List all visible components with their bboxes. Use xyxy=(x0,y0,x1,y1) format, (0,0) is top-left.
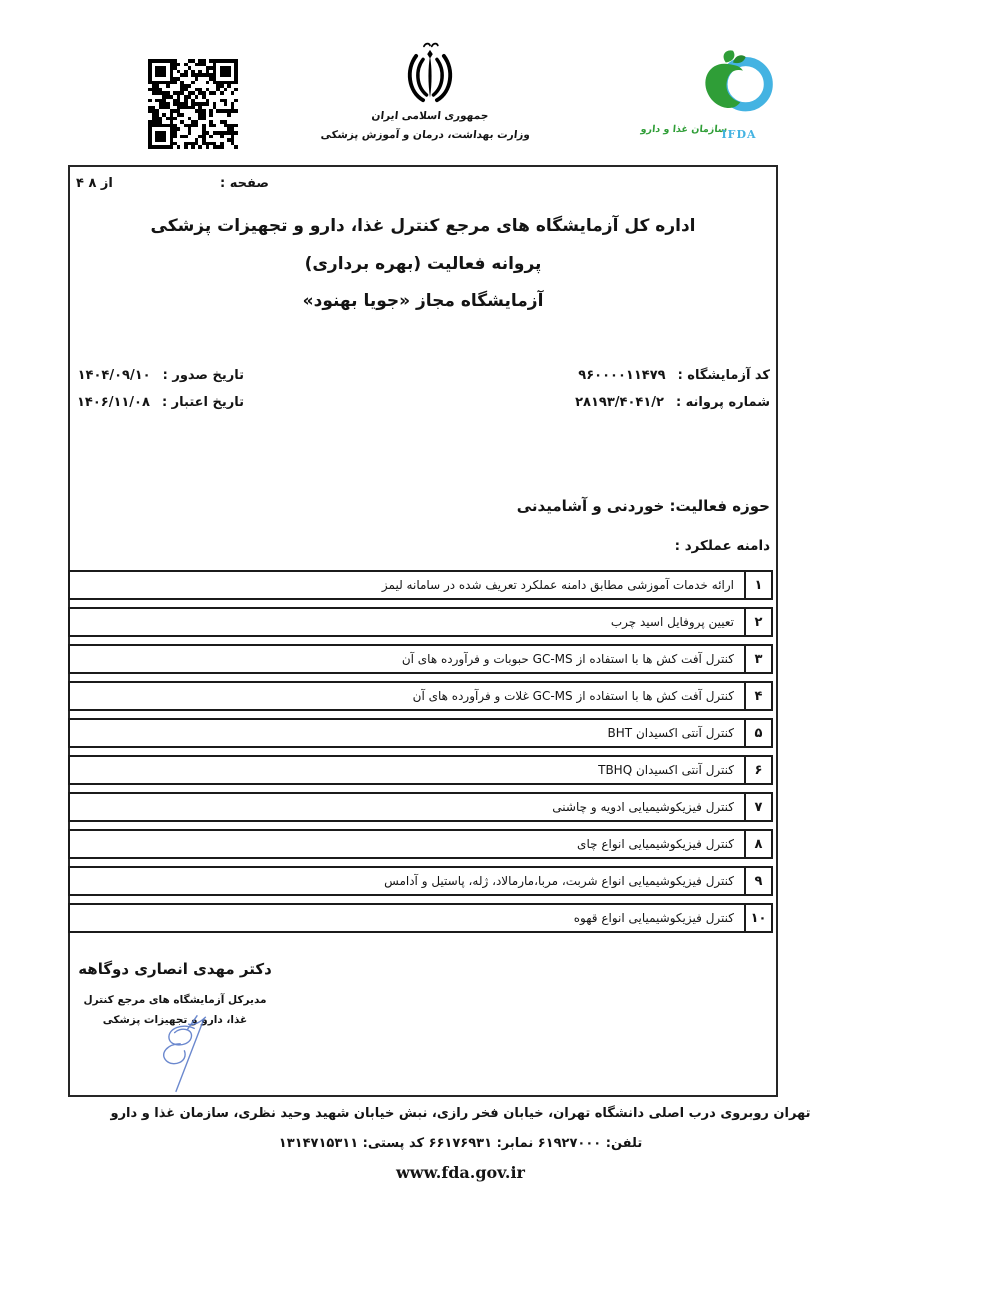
scope-row: ۵کنترل آنتی اکسیدان BHT xyxy=(68,718,773,748)
scope-row-number: ۲ xyxy=(744,609,771,635)
signer-name: دکتر مهدی انصاری دوگاهه xyxy=(70,960,280,978)
ministry-name-line1: جمهوری اسلامی ایران xyxy=(354,110,505,122)
scope-row: ۱۰کنترل فیزیکوشیمیایی انواع قهوه xyxy=(68,903,773,933)
scope-row-text: کنترل آفت کش ها با استفاده از GC-MS غلات… xyxy=(70,683,744,709)
scope-row: ۲تعیین پروفایل اسید چرب xyxy=(68,607,773,637)
scope-row-text: کنترل آنتی اکسیدان TBHQ xyxy=(70,757,744,783)
scope-row-text: کنترل آنتی اکسیدان BHT xyxy=(70,720,744,746)
scope-row-text: تعیین پروفایل اسید چرب xyxy=(70,609,744,635)
scope-row-text: ارائه خدمات آموزشی مطابق دامنه عملکرد تع… xyxy=(70,572,744,598)
scope-row-text: کنترل فیزیکوشیمیایی انواع قهوه xyxy=(70,905,744,931)
scope-section-label: دامنه عملکرد : xyxy=(675,538,770,554)
scope-row: ۸کنترل فیزیکوشیمیایی انواع چای xyxy=(68,829,773,859)
expiry-date-label: تاریخ اعتبار : xyxy=(162,395,244,410)
qr-code xyxy=(148,59,238,149)
scope-row-number: ۶ xyxy=(744,757,771,783)
license-body-frame: صفحه : ۴ از ۸ اداره کل آزمایشگاه های مرج… xyxy=(68,165,778,1097)
signer-title-line1: مدیرکل آزمایشگاه های مرجع کنترل xyxy=(70,994,280,1006)
scope-row-text: کنترل آفت کش ها با استفاده از GC-MS حبوب… xyxy=(70,646,744,672)
license-document-page: جمهوری اسلامی ایران وزارت بهداشت، درمان … xyxy=(0,0,1000,1294)
issue-date: تاریخ صدور :۱۴۰۴/۰۹/۱۰ xyxy=(76,362,244,389)
scope-row-number: ۳ xyxy=(744,646,771,672)
lab-code-label: کد آزمایشگاه : xyxy=(678,368,770,383)
ifda-logo xyxy=(686,48,780,124)
scope-row-number: ۸ xyxy=(744,831,771,857)
scope-row-text: کنترل فیزیکوشیمیایی ادویه و چاشنی xyxy=(70,794,744,820)
ifda-acronym: IFDA xyxy=(716,128,762,141)
signature-ink xyxy=(148,1012,232,1098)
scope-row-number: ۷ xyxy=(744,794,771,820)
footer-website: www.fda.gov.ir xyxy=(0,1163,921,1182)
scope-row-number: ۱۰ xyxy=(744,905,771,931)
document-subtitle: پروانه فعالیت (بهره برداری) xyxy=(70,254,776,274)
scope-row-number: ۱ xyxy=(744,572,771,598)
scope-row-number: ۹ xyxy=(744,868,771,894)
license-number: شماره پروانه :۲۸۱۹۳/۴۰۴۱/۲ xyxy=(575,389,770,416)
scope-table: ۱ارائه خدمات آموزشی مطابق دامنه عملکرد ت… xyxy=(68,570,773,933)
page-number-label: صفحه : xyxy=(220,176,269,191)
scope-row-text: کنترل فیزیکوشیمیایی انواع شربت، مربا،مار… xyxy=(70,868,744,894)
page-number-value: ۴ از ۸ xyxy=(76,176,136,191)
license-number-value: ۲۸۱۹۳/۴۰۴۱/۲ xyxy=(575,395,664,410)
scope-row: ۷کنترل فیزیکوشیمیایی ادویه و چاشنی xyxy=(68,792,773,822)
laboratory-name: آزمایشگاه مجاز «جویا بهنود» xyxy=(70,291,776,311)
dates-block: تاریخ صدور :۱۴۰۴/۰۹/۱۰ تاریخ اعتبار :۱۴۰… xyxy=(76,362,244,416)
activity-domain: حوزه فعالیت: خوردنی و آشامیدنی xyxy=(517,497,770,515)
scope-row-text: کنترل فیزیکوشیمیایی انواع چای xyxy=(70,831,744,857)
scope-row: ۶کنترل آنتی اکسیدان TBHQ xyxy=(68,755,773,785)
license-number-label: شماره پروانه : xyxy=(676,395,770,410)
ministry-name-line2: وزارت بهداشت، درمان و آموزش پزشکی xyxy=(329,129,530,141)
footer-contact: تلفن: ۶۱۹۲۷۰۰۰ نمابر: ۶۶۱۷۶۹۳۱ کد پستی: … xyxy=(0,1136,921,1151)
lab-identity-block: کد آزمایشگاه :۹۶۰۰۰۰۱۱۴۷۹ شماره پروانه :… xyxy=(575,362,770,416)
iran-emblem-icon xyxy=(402,42,458,108)
document-title: اداره کل آزمایشگاه های مرجع کنترل غذا، د… xyxy=(70,216,776,236)
scope-row-number: ۵ xyxy=(744,720,771,746)
issue-date-value: ۱۴۰۴/۰۹/۱۰ xyxy=(78,368,151,383)
scope-row: ۳کنترل آفت کش ها با استفاده از GC-MS حبو… xyxy=(68,644,773,674)
expiry-date-value: ۱۴۰۶/۱۱/۰۸ xyxy=(77,395,150,410)
lab-code: کد آزمایشگاه :۹۶۰۰۰۰۱۱۴۷۹ xyxy=(575,362,770,389)
issue-date-label: تاریخ صدور : xyxy=(163,368,244,383)
scope-row-number: ۴ xyxy=(744,683,771,709)
lab-code-value: ۹۶۰۰۰۰۱۱۴۷۹ xyxy=(578,368,665,383)
scope-row: ۹کنترل فیزیکوشیمیایی انواع شربت، مربا،ما… xyxy=(68,866,773,896)
scope-row: ۱ارائه خدمات آموزشی مطابق دامنه عملکرد ت… xyxy=(68,570,773,600)
footer-address: تهران روبروی درب اصلی دانشگاه تهران، خیا… xyxy=(0,1106,921,1121)
scope-row: ۴کنترل آفت کش ها با استفاده از GC-MS غلا… xyxy=(68,681,773,711)
expiry-date: تاریخ اعتبار :۱۴۰۶/۱۱/۰۸ xyxy=(76,389,244,416)
